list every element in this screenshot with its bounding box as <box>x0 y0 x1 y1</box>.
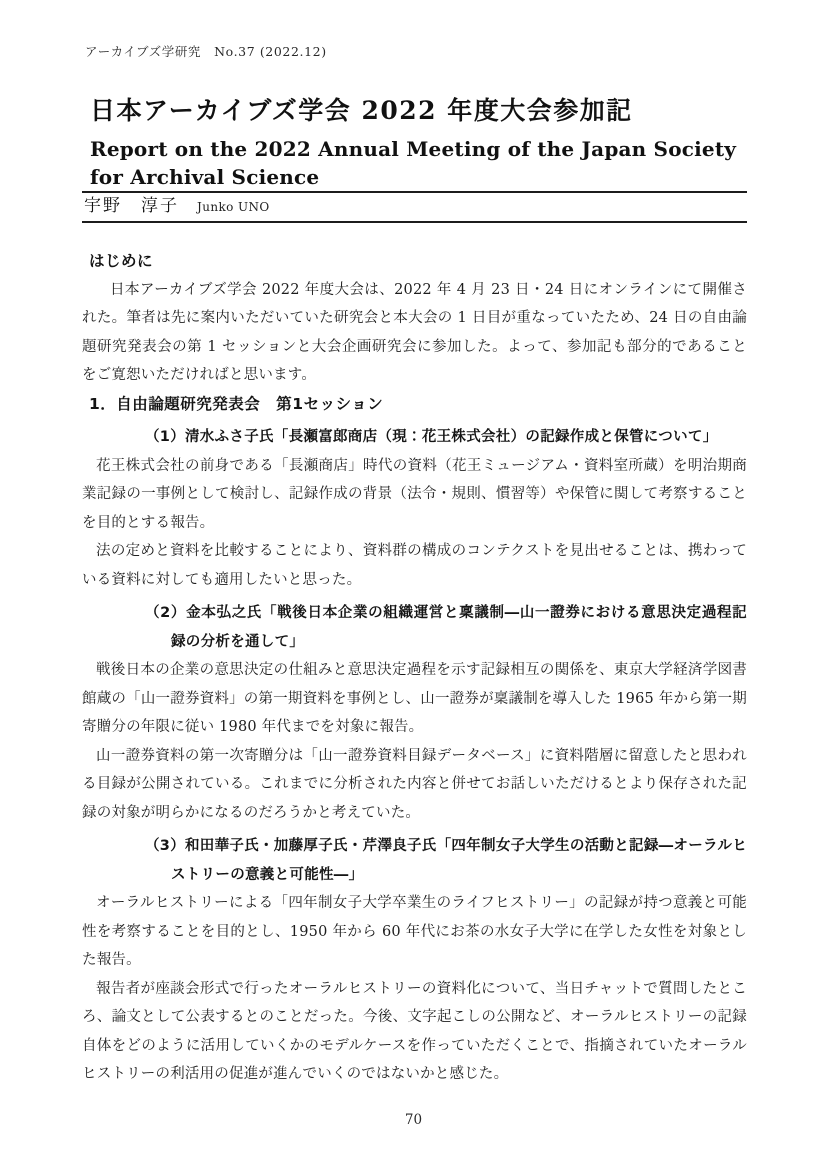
section-1-heading: 1．自由論題研究発表会 第1セッション <box>89 390 747 419</box>
item-3-title: 和田華子氏・加藤厚子氏・芹澤良子氏「四年制女子大学生の活動と記録―オーラルヒスト… <box>171 838 747 883</box>
section-1-free-papers: 1．自由論題研究発表会 第1セッション （1）清水ふさ子氏「長瀬富郎商店（現：花… <box>82 390 747 1089</box>
item-1-paragraph-1: 花王株式会社の前身である「長瀬商店」時代の資料（花王ミュージアム・資料室所蔵）を… <box>82 452 747 538</box>
intro-heading: はじめに <box>89 247 747 276</box>
presentation-item-3-heading: （3）和田華子氏・加藤厚子氏・芹澤良子氏「四年制女子大学生の活動と記録―オーラル… <box>145 832 747 889</box>
presentation-item-2: （2）金本弘之氏「戦後日本企業の組織運営と稟議制―山一證券における意思決定過程記… <box>82 599 747 827</box>
running-head: アーカイブズ学研究 No.37 (2022.12) <box>85 44 747 60</box>
item-1-number: （1） <box>145 429 185 445</box>
presentation-item-3: （3）和田華子氏・加藤厚子氏・芹澤良子氏「四年制女子大学生の活動と記録―オーラル… <box>82 832 747 1089</box>
author-name-romanized: Junko UNO <box>197 196 270 218</box>
intro-section: はじめに 日本アーカイブズ学会 2022 年度大会は、2022 年 4 月 23… <box>82 247 747 390</box>
item-3-paragraph-2: 報告者が座談会形式で行ったオーラルヒストリーの資料化について、当日チャットで質問… <box>82 975 747 1089</box>
author-band: 宇野 淳子 Junko UNO <box>82 191 747 223</box>
item-1-title: 清水ふさ子氏「長瀬富郎商店（現：花王株式会社）の記録作成と保管について」 <box>185 429 718 445</box>
author-name: 宇野 淳子 <box>84 195 179 217</box>
presentation-item-1-heading: （1）清水ふさ子氏「長瀬富郎商店（現：花王株式会社）の記録作成と保管について」 <box>145 423 747 452</box>
item-1-paragraph-2: 法の定めと資料を比較することにより、資料群の構成のコンテクストを見出せることは、… <box>82 537 747 594</box>
item-2-title: 金本弘之氏「戦後日本企業の組織運営と稟議制―山一證券における意思決定過程記録の分… <box>171 605 747 650</box>
item-2-paragraph-1: 戦後日本の企業の意思決定の仕組みと意思決定過程を示す記録相互の関係を、東京大学経… <box>82 656 747 742</box>
item-3-number: （3） <box>145 838 185 854</box>
item-2-number: （2） <box>145 605 186 621</box>
page-number: 70 <box>0 1112 827 1128</box>
item-3-paragraph-1: オーラルヒストリーによる「四年制女子大学卒業生のライフヒストリー」の記録が持つ意… <box>82 889 747 975</box>
article-title-english: Report on the 2022 Annual Meeting of the… <box>90 135 747 191</box>
presentation-item-2-heading: （2）金本弘之氏「戦後日本企業の組織運営と稟議制―山一證券における意思決定過程記… <box>145 599 747 656</box>
document-page: アーカイブズ学研究 No.37 (2022.12) 日本アーカイブズ学会 202… <box>0 0 827 1170</box>
intro-paragraph: 日本アーカイブズ学会 2022 年度大会は、2022 年 4 月 23 日・24… <box>82 276 747 390</box>
article-title-japanese: 日本アーカイブズ学会 2022 年度大会参加記 <box>90 96 747 126</box>
item-2-paragraph-2: 山一證券資料の第一次寄贈分は「山一證券資料目録データベース」に資料階層に留意した… <box>82 742 747 828</box>
presentation-item-1: （1）清水ふさ子氏「長瀬富郎商店（現：花王株式会社）の記録作成と保管について」 … <box>82 423 747 594</box>
